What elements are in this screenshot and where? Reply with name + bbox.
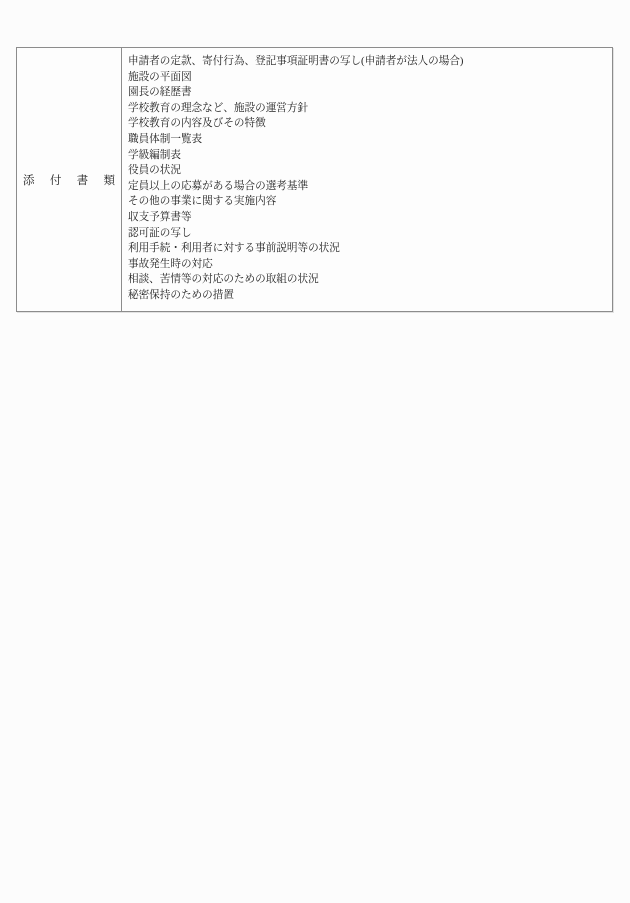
document-item: その他の事業に関する実施内容 <box>128 194 606 210</box>
attached-documents-table: 添 付 書 類 申請者の定款、寄付行為、登記事項証明書の写し(申請者が法人の場合… <box>16 47 613 312</box>
document-item: 学級編制表 <box>128 148 606 164</box>
row-header-char: 類 <box>103 172 115 188</box>
document-item: 学校教育の理念など、施設の運営方針 <box>128 101 606 117</box>
document-item: 職員体制一覧表 <box>128 132 606 148</box>
document-item: 認可証の写し <box>128 226 606 242</box>
document-item: 事故発生時の対応 <box>128 257 606 273</box>
row-header-cell: 添 付 書 類 <box>17 48 122 311</box>
row-header-char: 添 <box>23 172 35 188</box>
document-item: 施設の平面図 <box>128 70 606 86</box>
document-item: 学校教育の内容及びその特徴 <box>128 116 606 132</box>
document-item: 収支予算書等 <box>128 210 606 226</box>
row-header-char: 書 <box>77 172 89 188</box>
row-header-label: 添 付 書 類 <box>17 172 121 188</box>
row-header-char: 付 <box>50 172 62 188</box>
document-item: 相談、苦情等の対応のための取組の状況 <box>128 272 606 288</box>
document-list-cell: 申請者の定款、寄付行為、登記事項証明書の写し(申請者が法人の場合) 施設の平面図… <box>122 48 612 311</box>
document-item: 園長の経歴書 <box>128 85 606 101</box>
document-item: 利用手続・利用者に対する事前説明等の状況 <box>128 241 606 257</box>
document-item: 定員以上の応募がある場合の選考基準 <box>128 179 606 195</box>
document-item: 秘密保持のための措置 <box>128 288 606 304</box>
document-item: 役員の状況 <box>128 163 606 179</box>
document-item: 申請者の定款、寄付行為、登記事項証明書の写し(申請者が法人の場合) <box>128 54 606 70</box>
